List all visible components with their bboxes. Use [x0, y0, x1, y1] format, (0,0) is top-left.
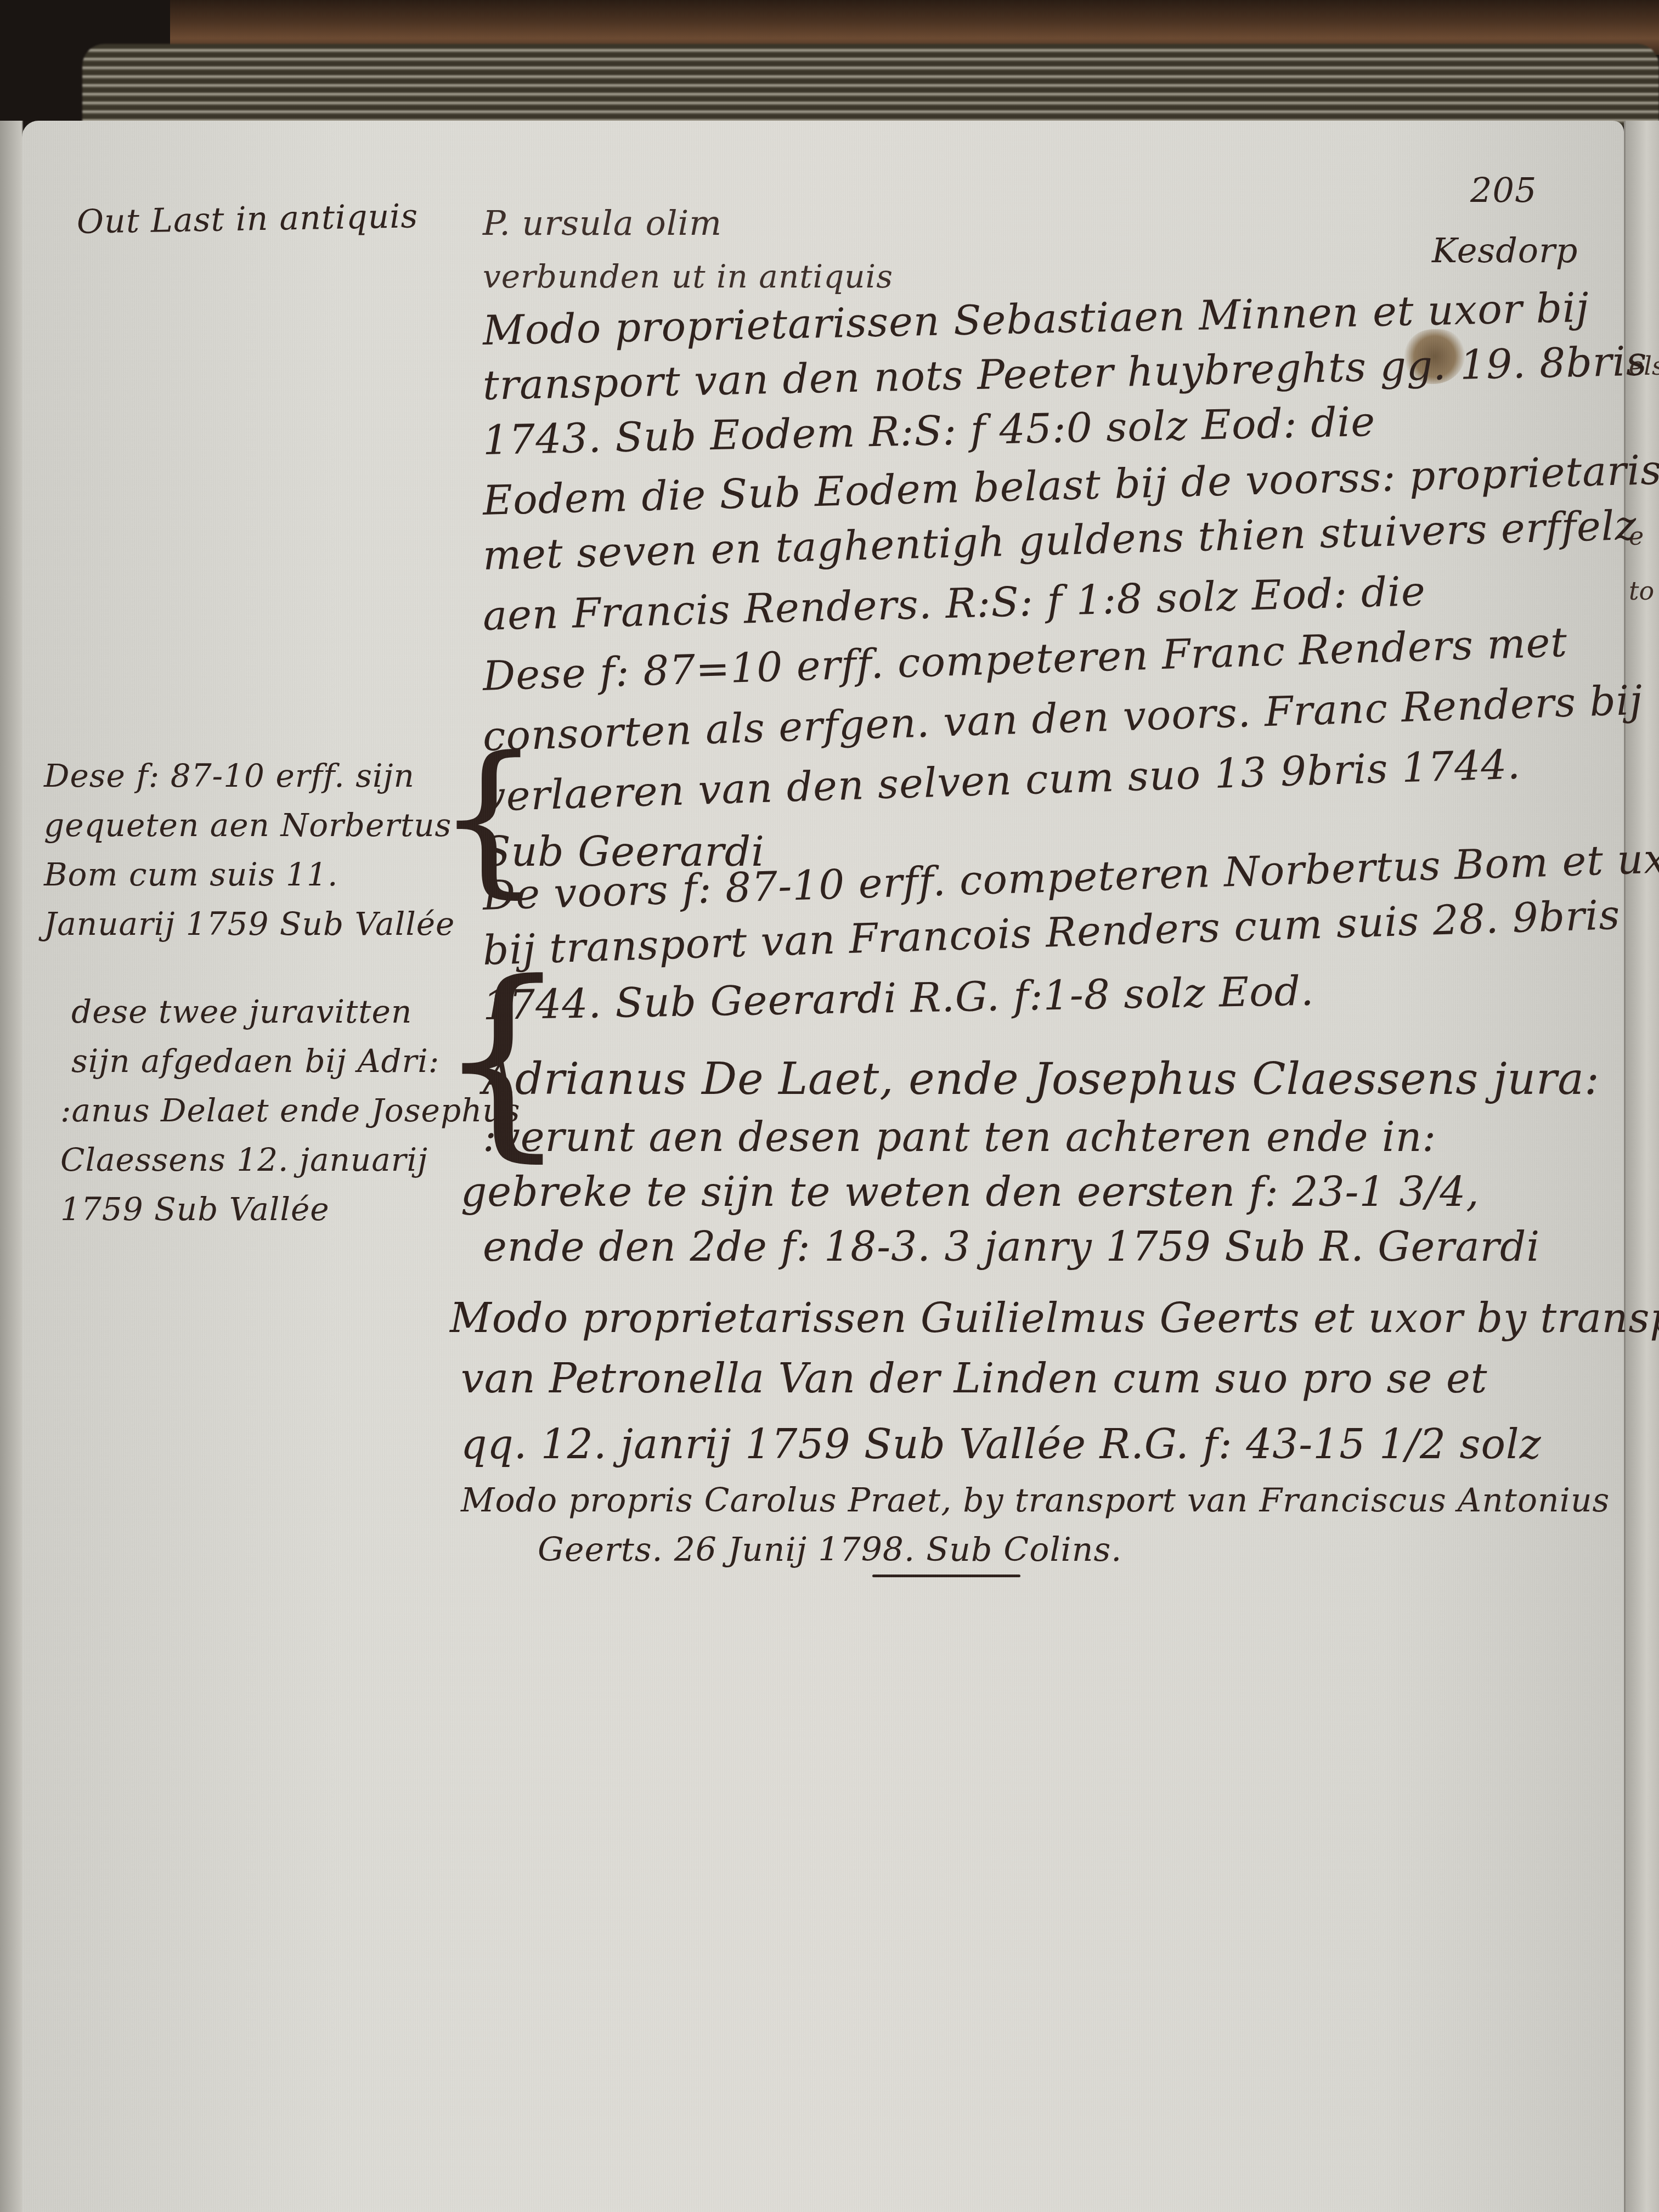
- stacked-page-edges: [82, 44, 1659, 126]
- entry-line: :verunt aen desen pant ten achteren ende…: [483, 1114, 1436, 1161]
- page-number: 205: [1470, 170, 1537, 210]
- entry-line: verbunden ut in antiquis: [483, 258, 893, 295]
- margin-line: dese twee juravitten: [71, 993, 412, 1030]
- entry-line: Geerts. 26 Junij 1798. Sub Colins.: [538, 1531, 1122, 1569]
- entry-line: P. ursula olim: [483, 203, 722, 243]
- margin-line: Januarij 1759 Sub Vallée: [44, 905, 455, 943]
- previous-page-edge: [0, 121, 23, 2212]
- ledger-page: Out Last in antiquis 205 Kesdorp P. ursu…: [22, 121, 1624, 2212]
- entry-line: Modo propris Carolus Praet, by transport…: [461, 1481, 1610, 1520]
- entry-line: 1743. Sub Eodem R:S: f 45:0 solz Eod: di…: [482, 398, 1376, 464]
- entry-line: van Petronella Van der Linden cum suo pr…: [461, 1355, 1487, 1402]
- left-heading: Out Last in antiquis: [76, 197, 418, 241]
- margin-line: sijn afgedaen bij Adri:: [71, 1042, 439, 1080]
- entry-line: 1744. Sub Geerardi R.G. f:1-8 solz Eod.: [482, 968, 1314, 1029]
- facing-fragment: to: [1629, 576, 1654, 606]
- entry-line: ende den 2de f: 18-3. 3 janry 1759 Sub R…: [483, 1223, 1540, 1271]
- margin-line: gequeten aen Norbertus: [44, 806, 452, 844]
- entry-line: Adrianus De Laet, ende Josephus Claessen…: [483, 1053, 1600, 1104]
- underline-mark: [872, 1575, 1020, 1577]
- entry-line: qq. 12. janrij 1759 Sub Vallée R.G. f: 4…: [461, 1421, 1542, 1468]
- entry-line: gebreke te sijn te weten den eersten f: …: [461, 1169, 1480, 1216]
- margin-line: Dese f: 87-10 erff. sijn: [44, 757, 415, 794]
- margin-line: Bom cum suis 11.: [44, 856, 338, 893]
- margin-line: 1759 Sub Vallée: [60, 1190, 330, 1228]
- entry-line: Modo proprietarissen Guilielmus Geerts e…: [450, 1295, 1659, 1342]
- margin-line: Claessens 12. januarij: [60, 1141, 428, 1178]
- facing-page-edge: els e to: [1624, 121, 1659, 2212]
- place-heading: Kesdorp: [1432, 230, 1578, 270]
